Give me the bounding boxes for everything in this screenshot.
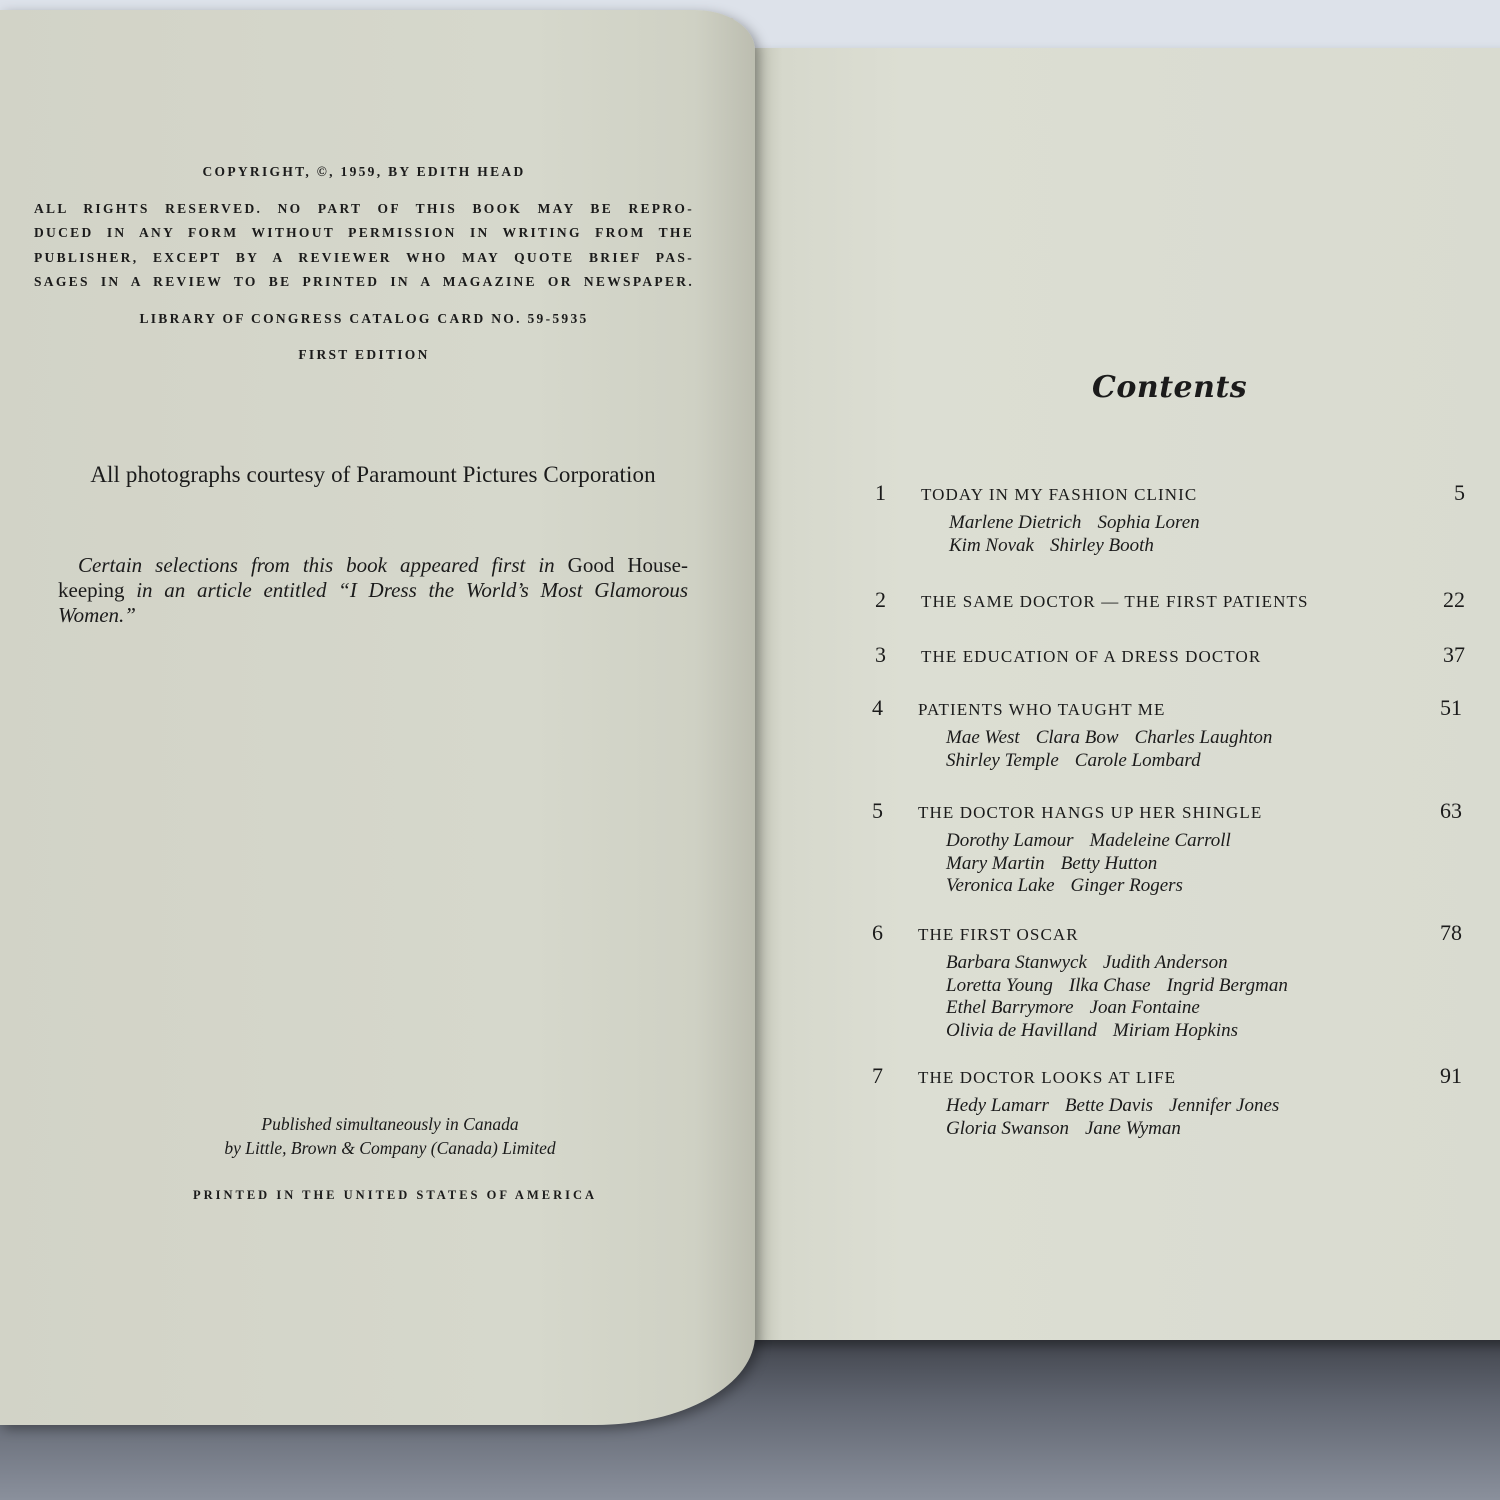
- person-name: Loretta Young: [946, 975, 1053, 996]
- chapter-title: THE DOCTOR HANGS UP HER SHINGLE: [918, 803, 1402, 823]
- lccn-line: LIBRARY OF CONGRESS CATALOG CARD NO. 59-…: [34, 307, 694, 332]
- names-line: Hedy LamarrBette DavisJennifer Jones: [946, 1095, 1462, 1118]
- rights-line: ALL RIGHTS RESERVED. NO PART OF THIS BOO…: [34, 197, 694, 222]
- person-name: Mary Martin: [946, 853, 1045, 874]
- person-name: Ilka Chase: [1069, 975, 1151, 996]
- toc-entry-heading: 5THE DOCTOR HANGS UP HER SHINGLE63: [872, 798, 1462, 824]
- toc-entry: 1TODAY IN MY FASHION CLINIC5Marlene Diet…: [875, 480, 1465, 557]
- chapter-names: Mae WestClara BowCharles LaughtonShirley…: [872, 727, 1462, 772]
- toc-entry-heading: 4PATIENTS WHO TAUGHT ME51: [872, 695, 1462, 721]
- names-line: Loretta YoungIlka ChaseIngrid Bergman: [946, 975, 1462, 998]
- right-page: [752, 48, 1500, 1340]
- person-name: Dorothy Lamour: [946, 830, 1074, 851]
- chapter-page-number: 5: [1405, 480, 1465, 506]
- names-line: Olivia de HavillandMiriam Hopkins: [946, 1020, 1462, 1043]
- person-name: Hedy Lamarr: [946, 1095, 1049, 1116]
- person-name: Madeleine Carroll: [1090, 830, 1231, 851]
- person-name: Shirley Temple: [946, 750, 1059, 771]
- selections-magazine-1: Good House-: [555, 553, 688, 577]
- names-line: Gloria SwansonJane Wyman: [946, 1118, 1462, 1141]
- toc-entry-heading: 6THE FIRST OSCAR78: [872, 920, 1462, 946]
- names-line: Dorothy LamourMadeleine Carroll: [946, 830, 1462, 853]
- person-name: Ingrid Bergman: [1167, 975, 1288, 996]
- person-name: Marlene Dietrich: [949, 512, 1081, 533]
- toc-entry: 3THE EDUCATION OF A DRESS DOCTOR37: [875, 642, 1465, 668]
- rights-line: DUCED IN ANY FORM WITHOUT PERMISSION IN …: [34, 221, 694, 246]
- person-name: Ethel Barrymore: [946, 997, 1074, 1018]
- toc-entry-heading: 7THE DOCTOR LOOKS AT LIFE91: [872, 1063, 1462, 1089]
- chapter-page-number: 37: [1405, 642, 1465, 668]
- chapter-number: 5: [872, 798, 918, 824]
- toc-entry-heading: 2THE SAME DOCTOR — THE FIRST PATIENTS22: [875, 587, 1465, 613]
- names-line: Barbara StanwyckJudith Anderson: [946, 952, 1462, 975]
- selections-note: Certain selections from this book appear…: [58, 553, 688, 628]
- person-name: Shirley Booth: [1050, 535, 1154, 556]
- person-name: Ginger Rogers: [1071, 875, 1183, 896]
- names-line: Shirley TempleCarole Lombard: [946, 750, 1462, 773]
- person-name: Joan Fontaine: [1090, 997, 1200, 1018]
- person-name: Sophia Loren: [1097, 512, 1199, 533]
- chapter-names: Dorothy LamourMadeleine CarrollMary Mart…: [872, 830, 1462, 898]
- chapter-number: 7: [872, 1063, 918, 1089]
- chapter-names: Barbara StanwyckJudith AndersonLoretta Y…: [872, 952, 1462, 1042]
- person-name: Jennifer Jones: [1169, 1095, 1279, 1116]
- person-name: Miriam Hopkins: [1113, 1020, 1238, 1041]
- toc-entry-heading: 3THE EDUCATION OF A DRESS DOCTOR37: [875, 642, 1465, 668]
- person-name: Jane Wyman: [1085, 1118, 1181, 1139]
- chapter-number: 3: [875, 642, 921, 668]
- published-note: Published simultaneously in Canada by Li…: [180, 1112, 600, 1160]
- toc-entry-heading: 1TODAY IN MY FASHION CLINIC5: [875, 480, 1465, 506]
- person-name: Gloria Swanson: [946, 1118, 1069, 1139]
- chapter-title: TODAY IN MY FASHION CLINIC: [921, 485, 1405, 505]
- toc-entry: 5THE DOCTOR HANGS UP HER SHINGLE63Doroth…: [872, 798, 1462, 898]
- person-name: Olivia de Havilland: [946, 1020, 1097, 1041]
- person-name: Bette Davis: [1065, 1095, 1153, 1116]
- chapter-page-number: 91: [1402, 1063, 1462, 1089]
- edition-line: FIRST EDITION: [34, 343, 694, 368]
- chapter-number: 1: [875, 480, 921, 506]
- photo-credit: All photographs courtesy of Paramount Pi…: [48, 462, 698, 488]
- chapter-title: THE DOCTOR LOOKS AT LIFE: [918, 1068, 1402, 1088]
- person-name: Judith Anderson: [1103, 952, 1228, 973]
- names-line: Mary MartinBetty Hutton: [946, 853, 1462, 876]
- chapter-names: Hedy LamarrBette DavisJennifer JonesGlor…: [872, 1095, 1462, 1140]
- selections-magazine-2: keeping: [58, 578, 124, 602]
- names-line: Veronica LakeGinger Rogers: [946, 875, 1462, 898]
- toc-entry: 2THE SAME DOCTOR — THE FIRST PATIENTS22: [875, 587, 1465, 613]
- contents-heading: Contents: [1092, 370, 1247, 405]
- chapter-page-number: 51: [1402, 695, 1462, 721]
- chapter-title: PATIENTS WHO TAUGHT ME: [918, 700, 1402, 720]
- chapter-page-number: 78: [1402, 920, 1462, 946]
- published-line-1: Published simultaneously in Canada: [180, 1112, 600, 1136]
- names-line: Kim NovakShirley Booth: [949, 535, 1465, 558]
- selections-italic-2: in an article entitled “I Dress the Worl…: [58, 578, 688, 627]
- chapter-page-number: 22: [1405, 587, 1465, 613]
- copyright-notice: COPYRIGHT, ©, 1959, BY EDITH HEAD ALL RI…: [34, 160, 694, 368]
- chapter-title: THE EDUCATION OF A DRESS DOCTOR: [921, 647, 1405, 667]
- names-line: Mae WestClara BowCharles Laughton: [946, 727, 1462, 750]
- names-line: Ethel BarrymoreJoan Fontaine: [946, 997, 1462, 1020]
- rights-line: SAGES IN A REVIEW TO BE PRINTED IN A MAG…: [34, 270, 694, 295]
- published-line-2: by Little, Brown & Company (Canada) Limi…: [180, 1136, 600, 1160]
- toc-entry: 6THE FIRST OSCAR78Barbara StanwyckJudith…: [872, 920, 1462, 1042]
- person-name: Veronica Lake: [946, 875, 1055, 896]
- person-name: Betty Hutton: [1061, 853, 1158, 874]
- chapter-page-number: 63: [1402, 798, 1462, 824]
- chapter-number: 2: [875, 587, 921, 613]
- chapter-number: 4: [872, 695, 918, 721]
- names-line: Marlene DietrichSophia Loren: [949, 512, 1465, 535]
- person-name: Mae West: [946, 727, 1020, 748]
- printed-in: PRINTED IN THE UNITED STATES OF AMERICA: [165, 1188, 625, 1203]
- chapter-title: THE SAME DOCTOR — THE FIRST PATIENTS: [921, 592, 1405, 612]
- person-name: Carole Lombard: [1075, 750, 1201, 771]
- copyright-line: COPYRIGHT, ©, 1959, BY EDITH HEAD: [34, 160, 694, 185]
- toc-entry: 4PATIENTS WHO TAUGHT ME51Mae WestClara B…: [872, 695, 1462, 772]
- toc-entry: 7THE DOCTOR LOOKS AT LIFE91Hedy LamarrBe…: [872, 1063, 1462, 1140]
- chapter-title: THE FIRST OSCAR: [918, 925, 1402, 945]
- person-name: Kim Novak: [949, 535, 1034, 556]
- chapter-names: Marlene DietrichSophia LorenKim NovakShi…: [875, 512, 1465, 557]
- selections-italic-1: Certain selections from this book appear…: [78, 553, 555, 577]
- chapter-number: 6: [872, 920, 918, 946]
- person-name: Barbara Stanwyck: [946, 952, 1087, 973]
- person-name: Charles Laughton: [1135, 727, 1273, 748]
- rights-line: PUBLISHER, EXCEPT BY A REVIEWER WHO MAY …: [34, 246, 694, 271]
- person-name: Clara Bow: [1036, 727, 1119, 748]
